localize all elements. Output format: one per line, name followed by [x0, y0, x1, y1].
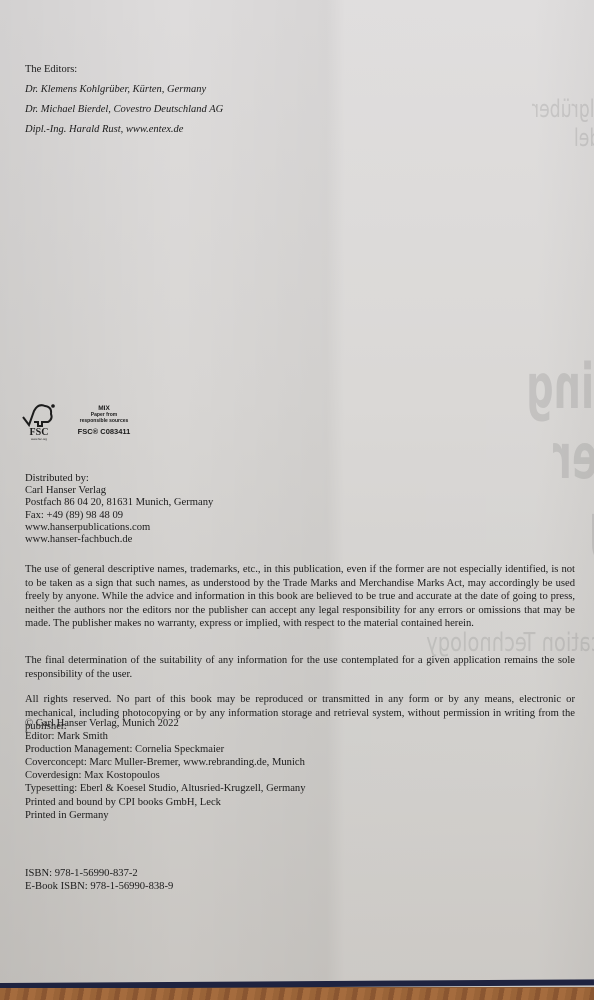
suitability-paragraph: The final determination of the suitabili… — [25, 654, 575, 681]
credit-line: Printed in Germany — [25, 809, 306, 822]
trademarks-paragraph: The use of general descriptive names, tr… — [25, 563, 575, 631]
isbn-block: ISBN: 978-1-56990-837-2 E-Book ISBN: 978… — [25, 867, 173, 893]
credit-line: Typesetting: Eberl & Koesel Studio, Altu… — [25, 782, 306, 795]
credit-line: Production Management: Cornelia Speckmai… — [25, 743, 306, 756]
fsc-paper-line: responsible sources — [64, 419, 144, 425]
editors-label: The Editors: — [25, 64, 223, 75]
distribution-url: www.hanser-fachbuch.de — [25, 534, 213, 546]
distribution-line: Postfach 86 04 20, 81631 Munich, Germany — [25, 497, 213, 509]
fsc-code: FSC® C083411 — [64, 427, 144, 436]
show-through-name: Harald Rust — [532, 153, 594, 182]
show-through-title-line: Processing — [526, 492, 594, 562]
trademarks-text: The use of general descriptive names, tr… — [25, 563, 575, 631]
editors-block: The Editors: Dr. Klemens Kohlgrüber, Kür… — [25, 64, 223, 144]
fsc-tree-logo-icon: FSC www.fsc.org — [20, 401, 58, 441]
svg-text:www.fsc.org: www.fsc.org — [31, 437, 48, 441]
editor-name: Dr. Klemens Kohlgrüber, Kürten, Germany — [25, 84, 223, 95]
isbn-print: ISBN: 978-1-56990-837-2 — [25, 867, 173, 880]
credits-block: © Carl Hanser Verlag, Munich 2022 Editor… — [25, 717, 306, 822]
credit-line: Printed and bound by CPI books GmbH, Lec… — [25, 796, 306, 809]
show-through-editor-names: Klemens Kohlgrüber Michael Bierdel Haral… — [532, 95, 594, 182]
credit-line: Coverdesign: Max Kostopoulos — [25, 769, 306, 782]
distribution-line: Fax: +49 (89) 98 48 09 — [25, 510, 213, 522]
copyright-line: © Carl Hanser Verlag, Munich 2022 — [25, 717, 306, 730]
show-through-title-line: and Polymer — [526, 422, 594, 492]
show-through-name: Michael Bierdel — [532, 124, 594, 153]
distribution-line: Distributed by: — [25, 473, 213, 485]
book-page: Klemens Kohlgrüber Michael Bierdel Haral… — [0, 0, 594, 987]
distribution-line: Carl Hanser Verlag — [25, 485, 213, 497]
distribution-block: Distributed by: Carl Hanser Verlag Postf… — [25, 473, 213, 546]
fsc-certification-mark: FSC www.fsc.org MIX Paper from responsib… — [20, 401, 140, 441]
show-through-title-line: Compounding — [526, 352, 594, 422]
show-through-name: Klemens Kohlgrüber — [532, 95, 594, 124]
show-through-title-line: Plastics — [526, 282, 594, 352]
editor-name: Dr. Michael Bierdel, Covestro Deutschlan… — [25, 104, 223, 115]
distribution-url: www.hanserpublications.com — [25, 522, 213, 534]
credit-line: Editor: Mark Smith — [25, 730, 306, 743]
wooden-table-surface — [0, 988, 594, 1000]
isbn-ebook: E-Book ISBN: 978-1-56990-838-9 — [25, 880, 173, 893]
fsc-label: MIX Paper from responsible sources FSC® … — [64, 405, 144, 436]
show-through-title: Plastics Compounding and Polymer Process… — [526, 282, 594, 562]
suitability-text: The final determination of the suitabili… — [25, 654, 575, 681]
credit-line: Coverconcept: Marc Muller-Bremer, www.re… — [25, 756, 306, 769]
editor-name: Dipl.-Ing. Harald Rust, www.entex.de — [25, 124, 223, 135]
